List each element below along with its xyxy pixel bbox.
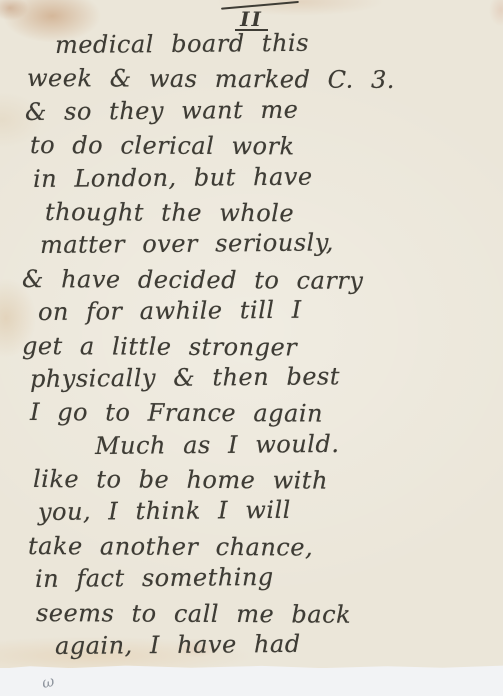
handwritten-line: physically & then best (30, 359, 503, 397)
pencil-mark: ω (40, 672, 56, 692)
handwritten-line: Much as I would. (95, 426, 503, 463)
handwritten-line: you, I think I will (38, 492, 503, 529)
handwritten-line: & so they want me (25, 92, 503, 130)
handwritten-line: again, I have had (55, 626, 503, 663)
scan-backdrop: ω (0, 665, 503, 696)
handwritten-text-block: medical board this week & was marked C. … (0, 29, 503, 663)
handwritten-line: medical board this (55, 25, 503, 62)
letter-scan: II medical board this week & was marked … (0, 0, 503, 696)
handwritten-line: in London, but have (33, 158, 503, 195)
letter-page: II medical board this week & was marked … (0, 0, 503, 668)
handwritten-line: on for awhile till I (38, 292, 503, 329)
handwritten-line: in fact something (35, 559, 503, 596)
handwritten-line: matter over seriously, (40, 225, 503, 262)
